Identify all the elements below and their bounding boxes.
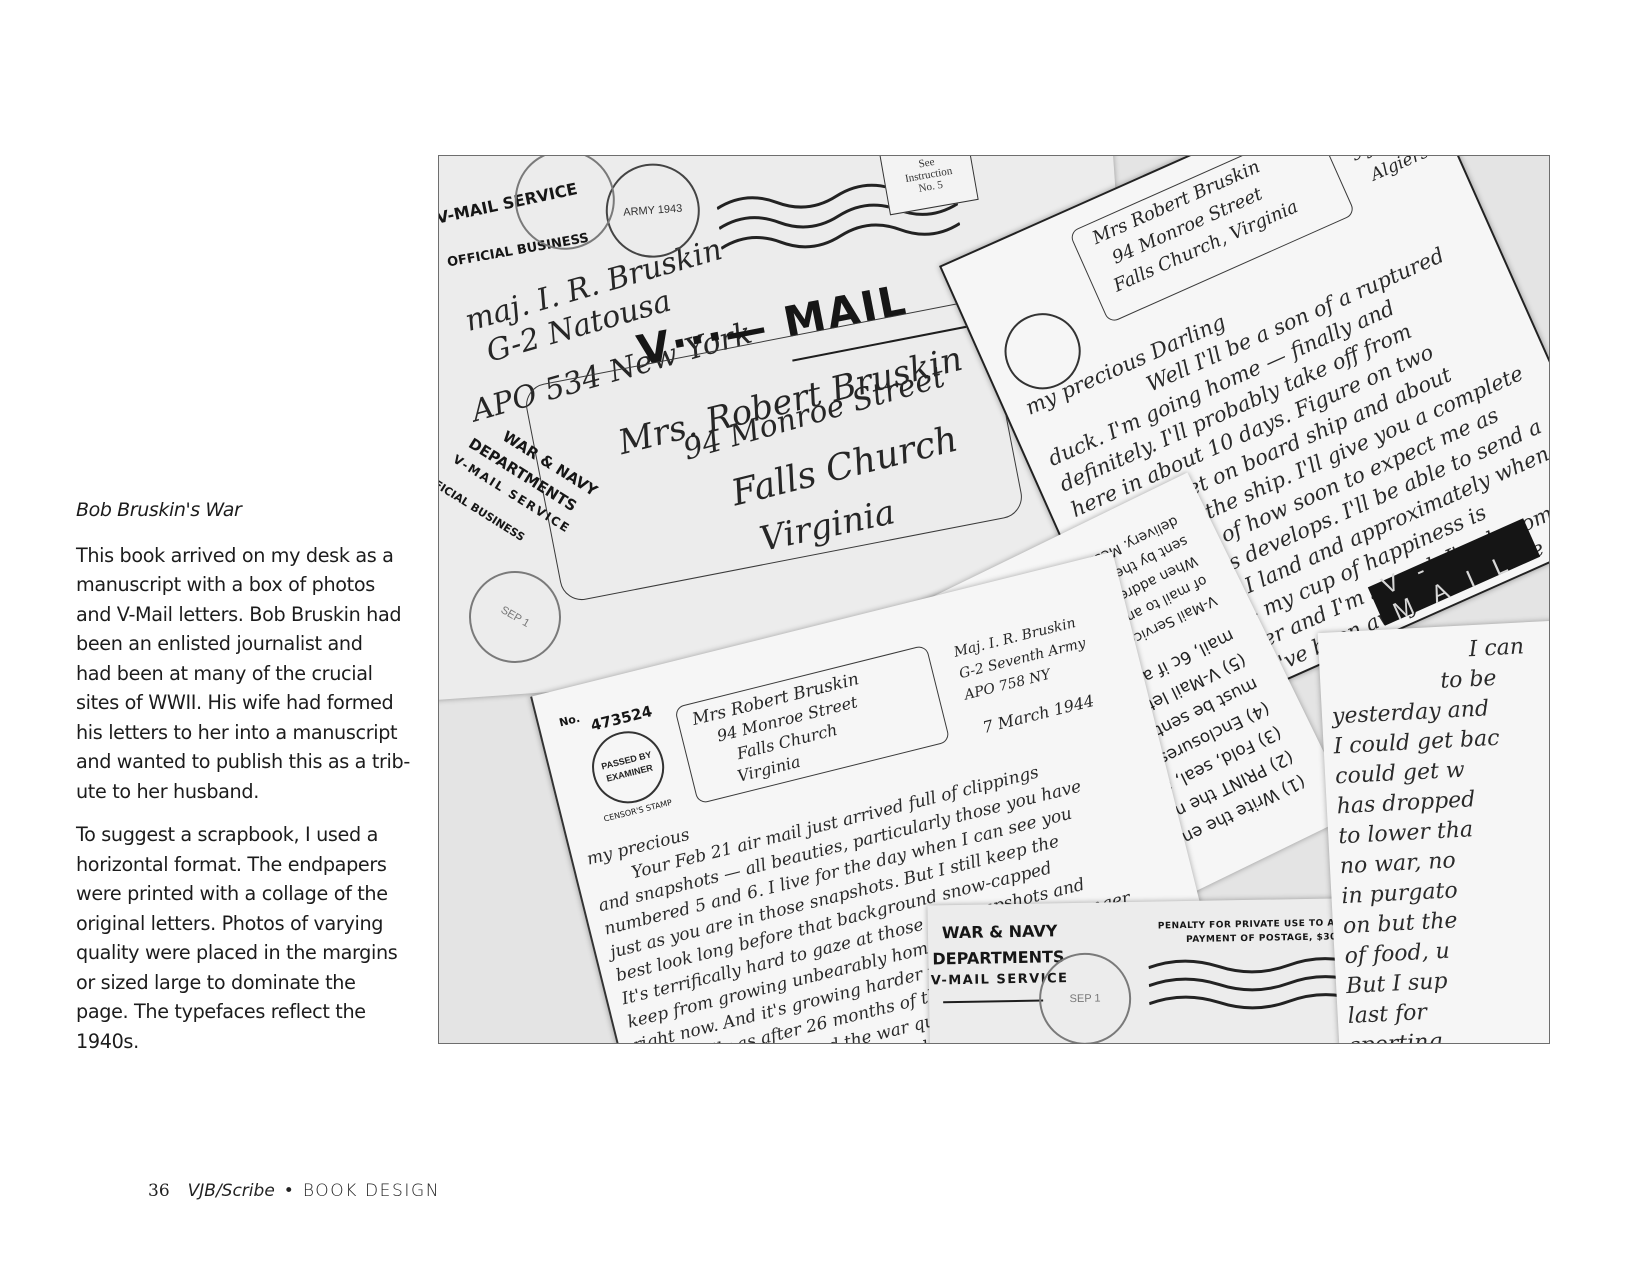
bottom-envelope-line-1: WAR & NAVY xyxy=(942,921,1058,942)
article-text-column: Bob Bruskin's War This book arrived on m… xyxy=(76,496,421,1070)
letter-right-place: Algiers xyxy=(1368,155,1432,185)
footer-section: BOOK DESIGN xyxy=(303,1181,440,1201)
letter-front-serial: 473524 xyxy=(589,702,654,735)
page-number: 36 xyxy=(148,1181,170,1201)
page-footer: 36 VJB/Scribe • BOOK DESIGN xyxy=(148,1181,440,1201)
article-paragraph-2: To suggest a scrapbook, I used a horizon… xyxy=(76,820,421,1056)
bottom-envelope-line-2: DEPARTMENTS xyxy=(932,947,1064,968)
article-title: Bob Bruskin's War xyxy=(76,496,421,526)
article-paragraph-1: This book arrived on my desk as a manusc… xyxy=(76,541,421,807)
vmail-collage-photo: V-MAIL SERVICE OFFICIAL BUSINESS maj. I.… xyxy=(438,155,1550,1044)
footer-separator: • xyxy=(284,1181,294,1201)
letter-far-right-body: I can to be yesterday and I could get ba… xyxy=(1328,632,1545,1044)
footer-brand: VJB/Scribe xyxy=(188,1181,275,1201)
penalty-line-1: PENALTY FOR PRIVATE USE TO AVOID xyxy=(1158,918,1362,932)
letter-front-no-label: No. xyxy=(558,712,581,730)
faded-postmark xyxy=(511,155,618,253)
letter-front-censor-stamp: PASSED BY EXAMINER xyxy=(584,724,671,811)
penalty-line-2: PAYMENT OF POSTAGE, $300 xyxy=(1186,932,1344,945)
bottom-envelope-rule xyxy=(943,1000,1043,1004)
bottom-postal-service-postmark: SEP 1 xyxy=(1038,952,1132,1044)
letter-far-right: I can to be yesterday and I could get ba… xyxy=(1318,619,1550,1044)
